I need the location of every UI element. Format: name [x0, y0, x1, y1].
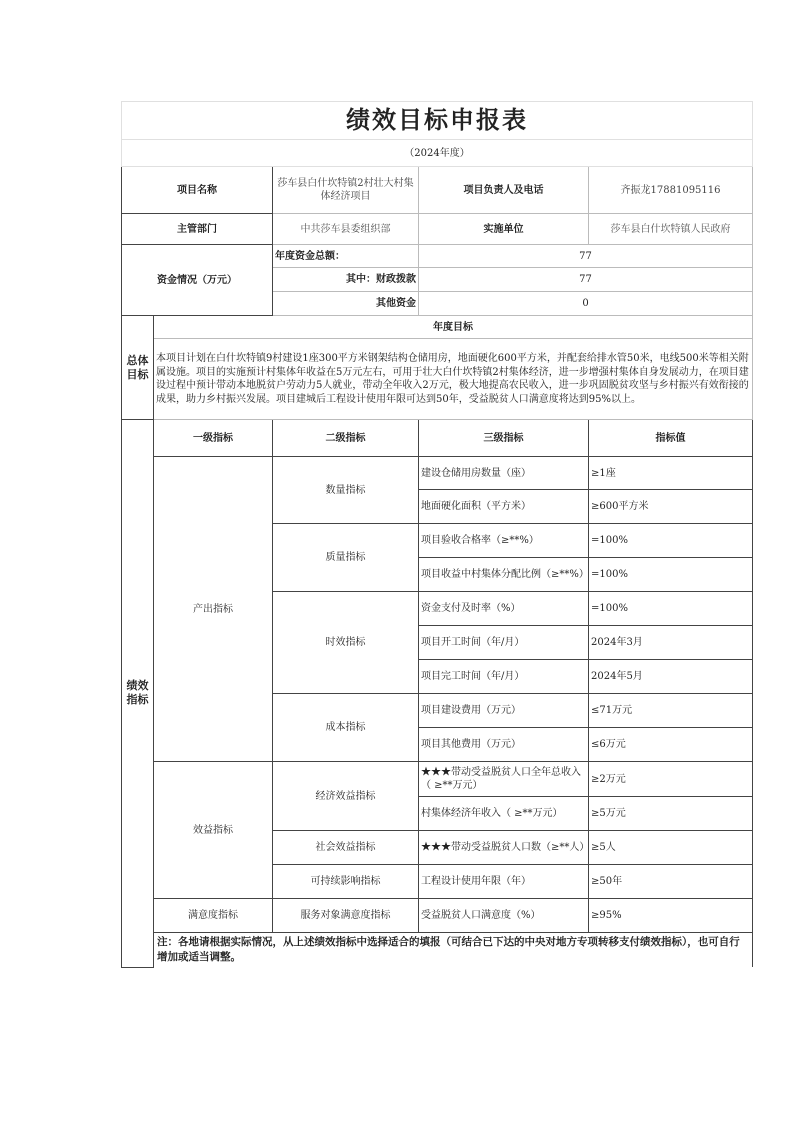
funding-label: 资金情况（万元） — [122, 245, 273, 316]
header-level3: 三级指标 — [419, 420, 589, 457]
funding-other-value: 0 — [419, 292, 753, 316]
indicator-name: 项目开工时间（年/月） — [419, 626, 589, 660]
level2-social: 社会效益指标 — [273, 831, 419, 865]
indicator-value: ≥5万元 — [589, 797, 753, 831]
funding-other-label: 其他资金 — [273, 292, 419, 316]
indicator-value: 2024年5月 — [589, 660, 753, 694]
performance-target-form: 绩效目标申报表 （2024年度） 项目名称 莎车县白什坎特镇2村壮大村集体经济项… — [121, 101, 752, 968]
indicator-name: 项目验收合格率（≥**%） — [419, 524, 589, 558]
indicator-value: ≥50年 — [589, 865, 753, 899]
level2-cost: 成本指标 — [273, 694, 419, 762]
indicator-value: ≥1座 — [589, 457, 753, 490]
indicator-value: =100% — [589, 558, 753, 592]
impl-label: 实施单位 — [419, 214, 589, 245]
level1-satisfaction: 满意度指标 — [154, 899, 273, 933]
indicator-value: =100% — [589, 524, 753, 558]
indicators-label: 绩效指标 — [122, 420, 154, 968]
dept-label: 主管部门 — [122, 214, 273, 245]
project-name-value: 莎车县白什坎特镇2村壮大村集体经济项目 — [273, 167, 419, 214]
indicator-name: 受益脱贫人口满意度（%） — [419, 899, 589, 933]
funding-fiscal-value: 77 — [419, 268, 753, 292]
indicator-value: =100% — [589, 592, 753, 626]
indicator-name: 项目收益中村集体分配比例（≥**%） — [419, 558, 589, 592]
indicator-name: ★★★带动受益脱贫人口数（≥**人） — [419, 831, 589, 865]
form-year: （2024年度） — [122, 140, 753, 167]
indicator-name: 项目其他费用（万元） — [419, 728, 589, 762]
funding-total-label: 年度资金总额： — [273, 245, 419, 268]
project-name-label: 项目名称 — [122, 167, 273, 214]
indicator-value: 2024年3月 — [589, 626, 753, 660]
contact-label: 项目负责人及电话 — [419, 167, 589, 214]
dept-value: 中共莎车县委组织部 — [273, 214, 419, 245]
level2-sustainability: 可持续影响指标 — [273, 865, 419, 899]
indicator-name: 地面硬化面积（平方米） — [419, 490, 589, 524]
form-note: 注：各地请根据实际情况，从上述绩效指标中选择适合的填报（可结合已下达的中央对地方… — [154, 933, 753, 968]
level1-benefit: 效益指标 — [154, 762, 273, 899]
indicator-value: ≥2万元 — [589, 762, 753, 797]
level2-economic: 经济效益指标 — [273, 762, 419, 831]
indicator-value: ≥5人 — [589, 831, 753, 865]
indicator-name: 项目建设费用（万元） — [419, 694, 589, 728]
level2-service-satisfaction: 服务对象满意度指标 — [273, 899, 419, 933]
level2-quality: 质量指标 — [273, 524, 419, 592]
overall-goal-label: 总体目标 — [122, 316, 154, 420]
level2-timeliness: 时效指标 — [273, 592, 419, 694]
annual-goal-header: 年度目标 — [154, 316, 753, 339]
funding-fiscal-label: 其中：财政拨款 — [273, 268, 419, 292]
indicator-name: ★★★带动受益脱贫人口全年总收入（ ≥**万元） — [419, 762, 589, 797]
level2-quantity: 数量指标 — [273, 457, 419, 524]
impl-value: 莎车县白什坎特镇人民政府 — [589, 214, 753, 245]
indicator-value: ≤6万元 — [589, 728, 753, 762]
contact-value: 齐振龙17881095116 — [589, 167, 753, 214]
header-level1: 一级指标 — [154, 420, 273, 457]
indicator-name: 村集体经济年收入（ ≥**万元） — [419, 797, 589, 831]
header-level2: 二级指标 — [273, 420, 419, 457]
indicator-value: ≥95% — [589, 899, 753, 933]
annual-goal-text: 本项目计划在白什坎特镇9村建设1座300平方米钢架结构仓储用房，地面硬化600平… — [154, 339, 753, 420]
indicator-name: 资金支付及时率（%） — [419, 592, 589, 626]
level1-output: 产出指标 — [154, 457, 273, 762]
indicator-value: ≥600平方米 — [589, 490, 753, 524]
indicator-name: 项目完工时间（年/月） — [419, 660, 589, 694]
form-title: 绩效目标申报表 — [122, 102, 753, 140]
indicator-name: 建设仓储用房数量（座） — [419, 457, 589, 490]
form-table: 绩效目标申报表 （2024年度） 项目名称 莎车县白什坎特镇2村壮大村集体经济项… — [121, 101, 753, 968]
indicator-value: ≤71万元 — [589, 694, 753, 728]
indicator-name: 工程设计使用年限（年） — [419, 865, 589, 899]
header-value: 指标值 — [589, 420, 753, 457]
funding-total-value: 77 — [419, 245, 753, 268]
